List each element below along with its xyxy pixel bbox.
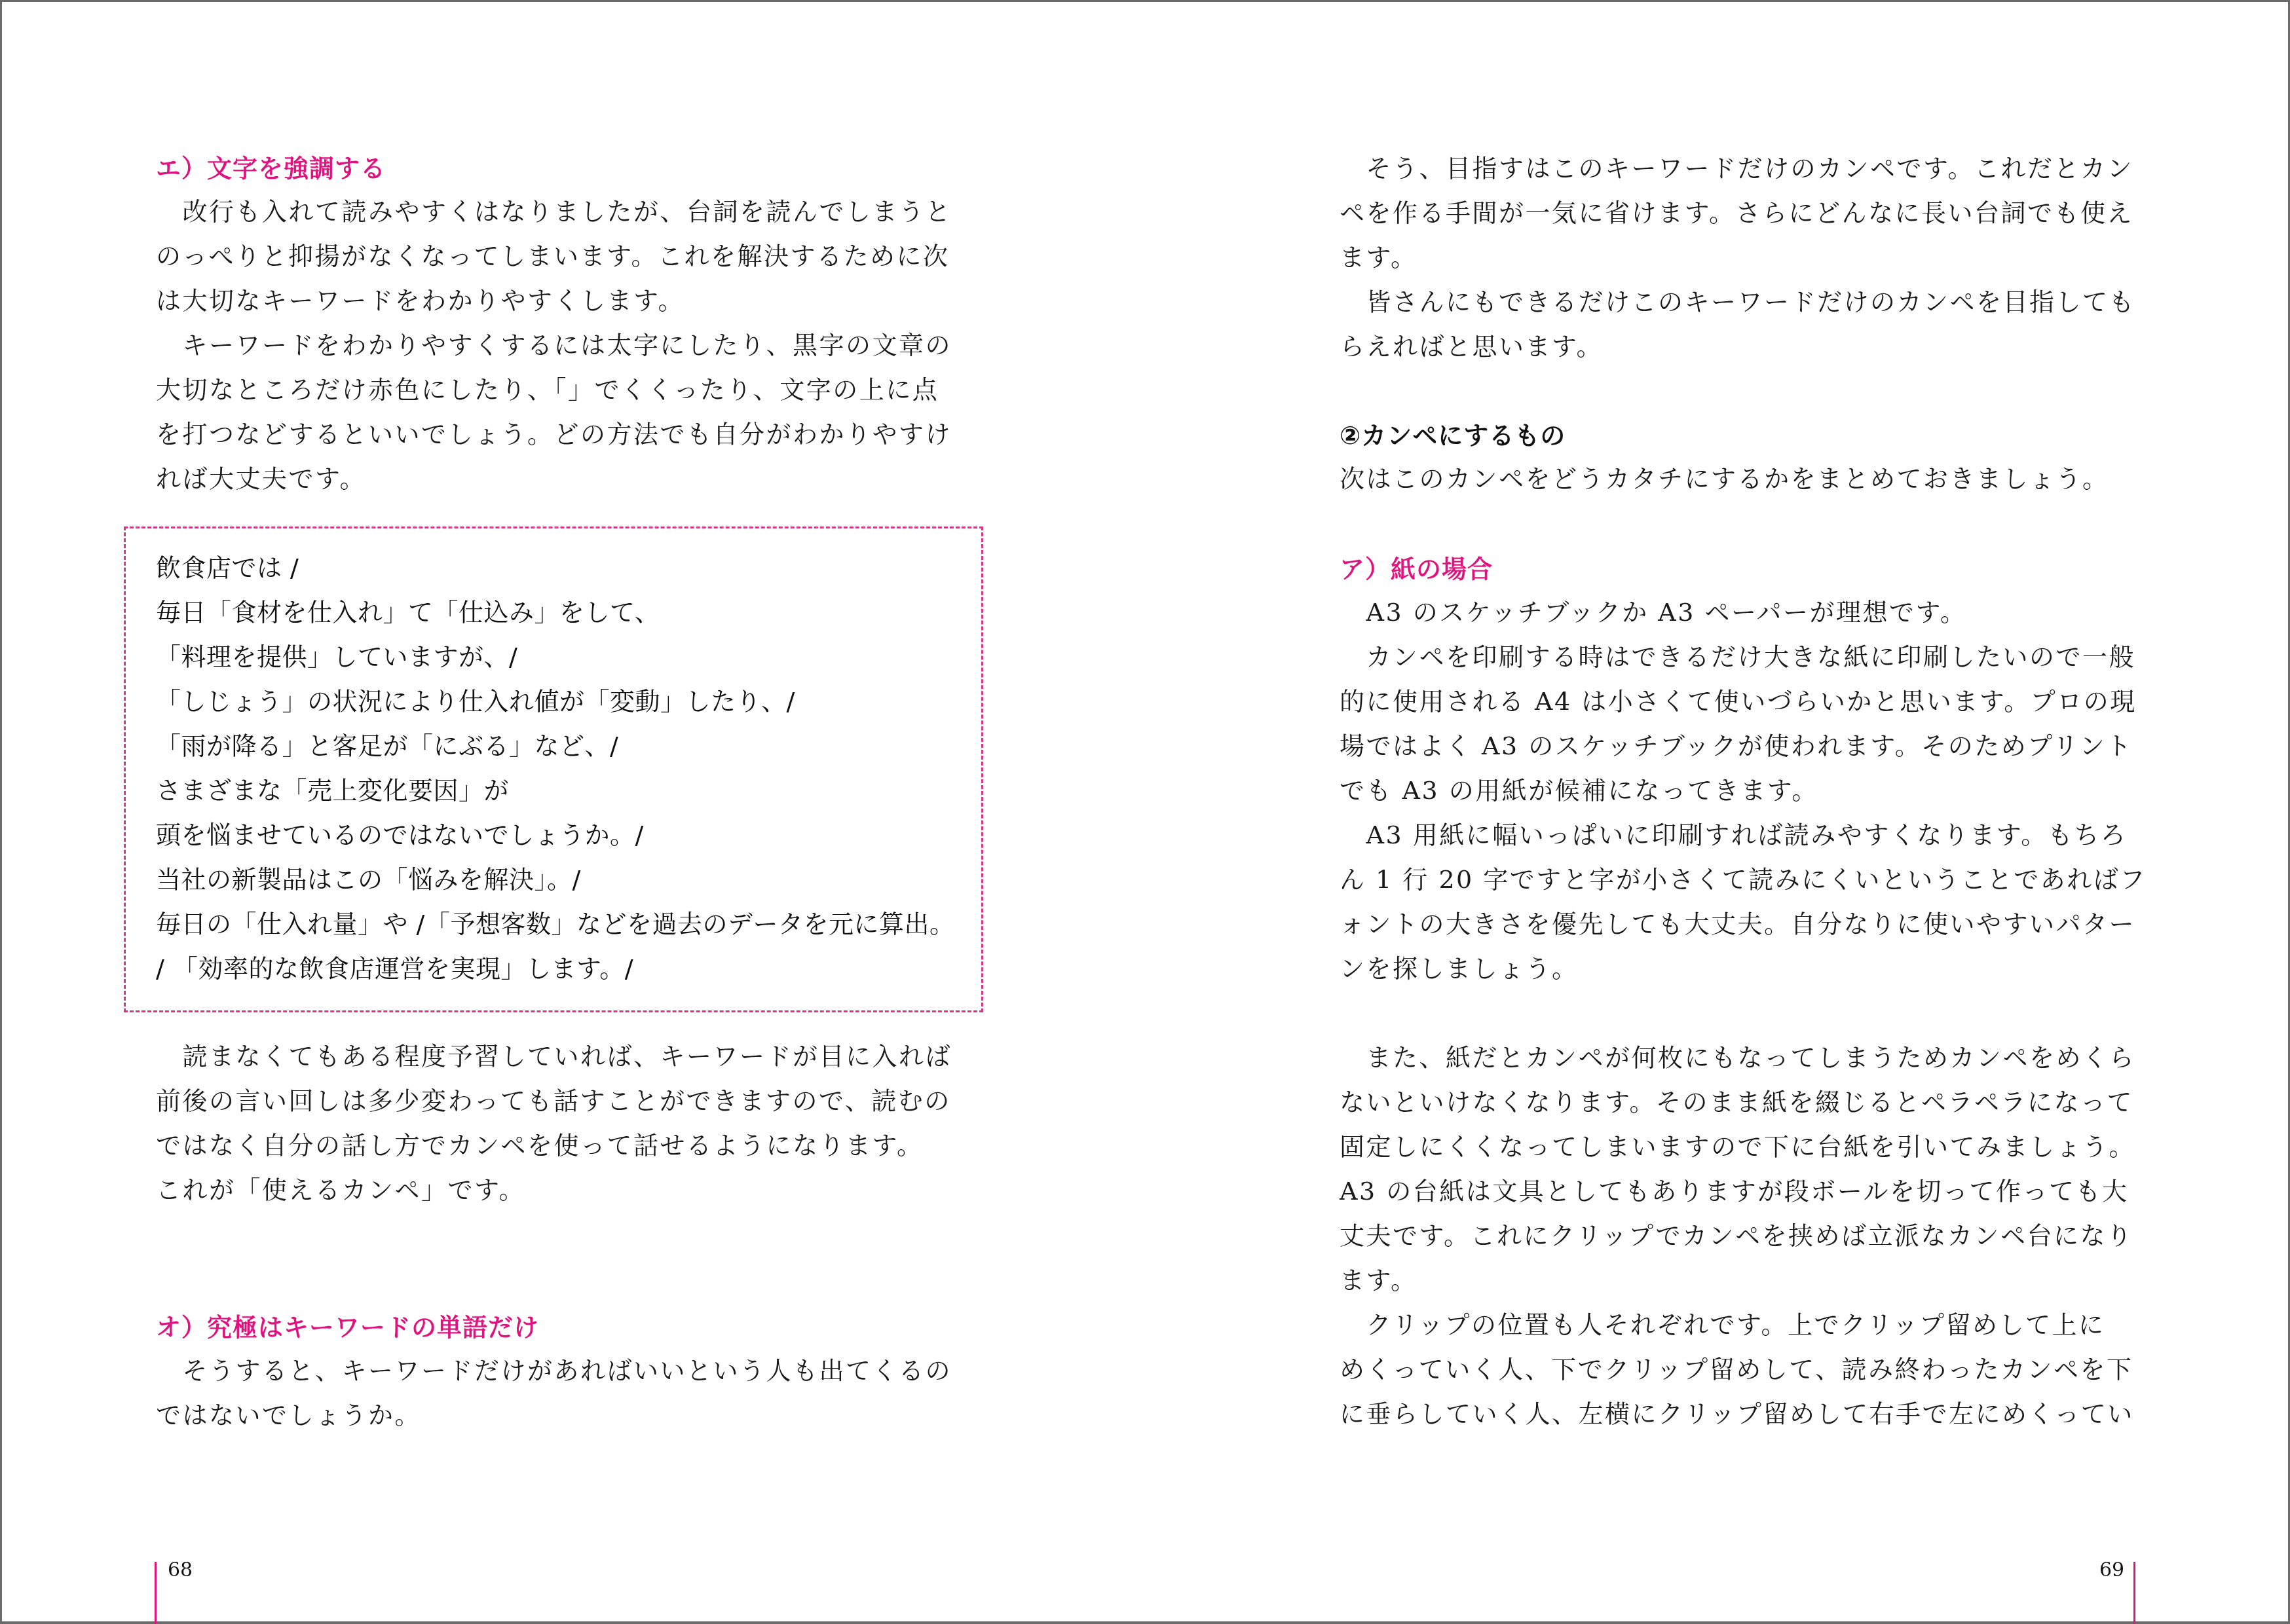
body-line: ないといけなくなります。そのまま紙を綴じるとペラペラになって	[1340, 1086, 2133, 1118]
section-heading-2: ②カンペにするもの	[1340, 419, 1566, 452]
body-line: 丈夫です。これにクリップでカンペを挟めば立派なカンペ台になり	[1340, 1219, 2133, 1252]
example-line: さまざまな「売上変化要因」が	[156, 774, 509, 807]
section-heading-e: エ）文字を強調する	[156, 152, 386, 185]
folio-bar-right	[2133, 1562, 2135, 1624]
body-line: ペを作る手間が一気に省けます。さらにどんなに長い台詞でも使え	[1340, 196, 2133, 229]
body-line: れば大丈夫です。	[156, 462, 366, 495]
body-line: ます。	[1340, 1264, 1417, 1297]
body-line: 的に使用される A4 は小さくて使いづらいかと思います。プロの現	[1340, 685, 2137, 718]
body-line: また、紙だとカンペが何枚にもなってしまうためカンペをめくら	[1340, 1041, 2135, 1074]
body-line: そうすると、キーワードだけがあればいいという人も出てくるの	[156, 1354, 952, 1387]
body-line: 皆さんにもできるだけこのキーワードだけのカンペを目指しても	[1340, 286, 2135, 318]
body-line: めくっていく人、下でクリップ留めして、読み終わったカンペを下	[1340, 1353, 2133, 1386]
body-line: らえればと思います。	[1340, 330, 1603, 363]
body-line: ォントの大きさを優先しても大丈夫。自分なりに使いやすいパター	[1340, 908, 2135, 940]
body-line: A3 のスケッチブックか A3 ペーパーが理想です。	[1340, 596, 1966, 629]
body-line: ンを探しましょう。	[1340, 952, 1579, 985]
body-line: ではないでしょうか。	[156, 1399, 421, 1431]
body-line: 改行も入れて読みやすくはなりましたが、台詞を読んでしまうと	[156, 195, 952, 228]
body-line: クリップの位置も人それぞれです。上でクリップ留めして上に	[1340, 1308, 2105, 1341]
body-line: に垂らしていく人、左横にクリップ留めして右手で左にめくってい	[1340, 1397, 2134, 1430]
body-line: 固定しにくくなってしまいますので下に台紙を引いてみましょう。	[1340, 1130, 2135, 1163]
body-line: ん 1 行 20 字ですと字が小さくて読みにくいということであればフ	[1340, 863, 2147, 896]
right-page: そう、目指すはこのキーワードだけのカンペです。これだとカン ペを作る手間が一気に…	[1145, 0, 2290, 1624]
page-number-left: 68	[168, 1557, 193, 1583]
example-line: 「雨が降る」と客足が「にぶる」など、/	[156, 729, 618, 762]
body-line: 読まなくてもある程度予習していれば、キーワードが目に入れば	[156, 1040, 952, 1073]
body-line: のっぺりと抑揚がなくなってしまいます。これを解決するために次	[156, 240, 950, 272]
folio-bar-left	[155, 1562, 157, 1624]
body-line: キーワードをわかりやすくするには太字にしたり、黒字の文章の	[156, 329, 952, 361]
body-line: ます。	[1340, 241, 1417, 274]
body-line: カンペを印刷する時はできるだけ大きな紙に印刷したいので一般	[1340, 640, 2135, 673]
body-line: 次はこのカンペをどうカタチにするかをまとめておきましょう。	[1340, 462, 2109, 495]
example-line: / 「効率的な飲食店運営を実現」します。/	[156, 952, 633, 985]
body-line: でも A3 の用紙が候補になってきます。	[1340, 774, 1818, 807]
body-line: 前後の言い回しは多少変わっても話すことができますので、読むの	[156, 1084, 951, 1117]
body-line: これが「使えるカンペ」です。	[156, 1173, 525, 1206]
body-line: を打つなどするといいでしょう。どの方法でも自分がわかりやすけ	[156, 418, 952, 451]
example-line: 「料理を提供」していますが、/	[156, 640, 517, 673]
body-line: そう、目指すはこのキーワードだけのカンペです。これだとカン	[1340, 152, 2133, 185]
section-heading-o: オ）究極はキーワードの単語だけ	[156, 1311, 539, 1344]
example-line: 飲食店では /	[156, 551, 299, 584]
page-number-right: 69	[2099, 1557, 2124, 1583]
body-line: A3 用紙に幅いっぱいに印刷すれば読みやすくなります。もちろ	[1340, 819, 2127, 851]
section-heading-a: ア）紙の場合	[1340, 553, 1493, 585]
body-line: は大切なキーワードをわかりやすくします。	[156, 284, 685, 317]
left-page: エ）文字を強調する 改行も入れて読みやすくはなりましたが、台詞を読んでしまうと …	[0, 0, 1145, 1624]
example-line: 「しじょう」の状況により仕入れ値が「変動」したり、/	[156, 685, 795, 718]
body-line: 大切なところだけ赤色にしたり、「」でくくったり、文字の上に点	[156, 373, 939, 406]
body-line: ではなく自分の話し方でカンペを使って話せるようになります。	[156, 1129, 923, 1162]
body-line: A3 の台紙は文具としてもありますが段ボールを切って作っても大	[1340, 1175, 2128, 1208]
example-line: 毎日「食材を仕入れ」て「仕込み」をして、	[156, 596, 660, 629]
example-line: 当社の新製品はこの「悩みを解決」。/	[156, 863, 581, 896]
example-line: 毎日の「仕入れ量」や /「予想客数」などを過去のデータを元に算出。	[156, 908, 954, 940]
body-line: 場ではよく A3 のスケッチブックが使われます。そのためプリント	[1340, 729, 2133, 762]
example-line: 頭を悩ませているのではないでしょうか。/	[156, 819, 644, 851]
